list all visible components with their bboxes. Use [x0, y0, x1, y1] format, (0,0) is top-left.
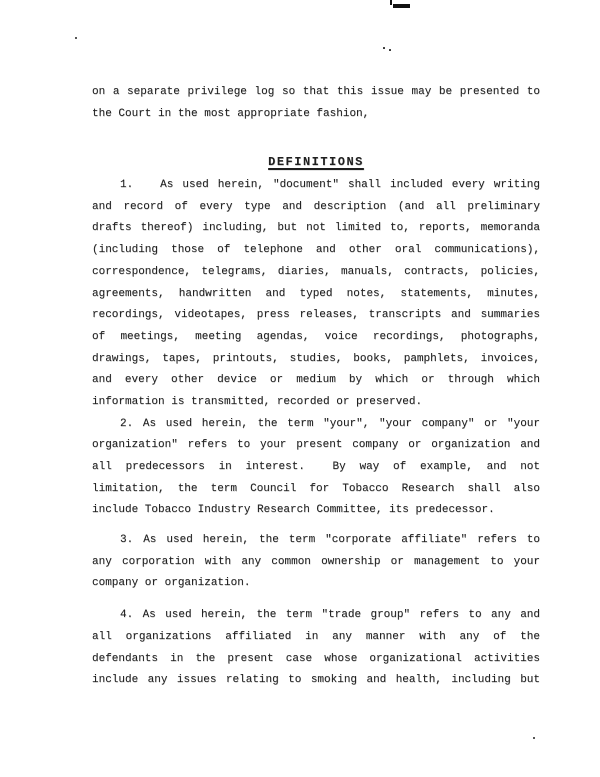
- text-line: all organizations affiliated in any mann…: [92, 627, 540, 649]
- text-line: all predecessors in interest. By way of …: [92, 457, 540, 479]
- scan-speck: [533, 737, 535, 739]
- paragraph-definition-2: 2. As used herein, the term "your", "you…: [92, 414, 540, 522]
- scan-artifact-mark: [393, 4, 410, 8]
- text-line: 2. As used herein, the term "your", "you…: [92, 414, 540, 436]
- text-line: include Tobacco Industry Research Commit…: [92, 500, 540, 522]
- text-line: drafts thereof) including, but not limit…: [92, 218, 540, 240]
- text-line: organization" refers to your present com…: [92, 435, 540, 457]
- scan-speck: [75, 37, 77, 39]
- text-line: limitation, the term Council for Tobacco…: [92, 479, 540, 501]
- text-line: 3. As used herein, the term "corporate a…: [92, 530, 540, 552]
- text-line: of meetings, meeting agendas, voice reco…: [92, 327, 540, 349]
- section-heading-definitions: DEFINITIONS: [92, 152, 540, 174]
- text-line: recordings, videotapes, press releases, …: [92, 305, 540, 327]
- text-line: correspondence, telegrams, diaries, manu…: [92, 262, 540, 284]
- intro-paragraph: on a separate privilege log so that this…: [92, 82, 540, 125]
- document-text-block: on a separate privilege log so that this…: [92, 82, 540, 692]
- text-line: agreements, handwritten and typed notes,…: [92, 284, 540, 306]
- text-line: 4. As used herein, the term "trade group…: [92, 605, 540, 627]
- text-line: defendants in the present case whose org…: [92, 649, 540, 671]
- text-line: 1. As used herein, "document" shall incl…: [92, 175, 540, 197]
- text-line: (including those of telephone and other …: [92, 240, 540, 262]
- text-line: drawings, tapes, printouts, studies, boo…: [92, 349, 540, 371]
- scan-speck: [383, 47, 385, 49]
- text-line: any corporation with any common ownershi…: [92, 552, 540, 574]
- paragraph-definition-1: 1. As used herein, "document" shall incl…: [92, 175, 540, 414]
- text-line: the Court in the most appropriate fashio…: [92, 104, 540, 126]
- text-line: and record of every type and description…: [92, 197, 540, 219]
- paragraph-definition-3: 3. As used herein, the term "corporate a…: [92, 530, 540, 595]
- text-line: company or organization.: [92, 573, 540, 595]
- text-line: information is transmitted, recorded or …: [92, 392, 540, 414]
- text-line: on a separate privilege log so that this…: [92, 82, 540, 104]
- text-line: and every other device or medium by whic…: [92, 370, 540, 392]
- scanned-document-page: on a separate privilege log so that this…: [0, 0, 600, 777]
- text-line: include any issues relating to smoking a…: [92, 670, 540, 692]
- scan-speck: [389, 49, 391, 51]
- paragraph-definition-4: 4. As used herein, the term "trade group…: [92, 605, 540, 692]
